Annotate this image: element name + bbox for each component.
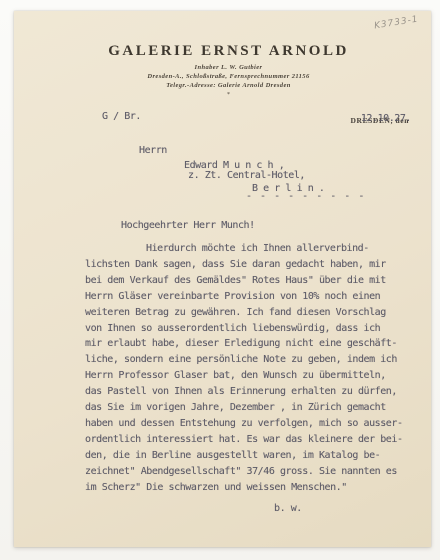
body-line: ordentlich interessiert hat. Es war das … bbox=[85, 432, 425, 448]
body-line: Herrn Professor Glaser bat, den Wunsch z… bbox=[85, 368, 425, 384]
letterhead-telegram: Telegr.-Adresse: Galerie Arnold Dresden bbox=[26, 82, 431, 89]
letterhead: GALERIE ERNST ARNOLD Inhaber L. W. Gutbi… bbox=[26, 43, 431, 98]
closing-mark: b. w. bbox=[274, 503, 302, 514]
body-line: von Ihnen so ausserordentlich liebenswür… bbox=[85, 321, 425, 337]
letterhead-owner: Inhaber L. W. Gutbier bbox=[26, 64, 431, 71]
body-line: Hierdurch möchte ich Ihnen allerverbind- bbox=[85, 241, 425, 257]
body-line: den, die in Berline ausgestellt waren, i… bbox=[85, 448, 425, 464]
body-line: zeichnet" Abendgesellschaft" 37/46 gross… bbox=[85, 464, 425, 480]
body-line: weiteren Betrag zu gewähren. Ich fand di… bbox=[85, 305, 425, 321]
body-line: liche, sondern eine persönliche Note zu … bbox=[85, 352, 425, 368]
letter-body: Hierdurch möchte ich Ihnen allerverbind-… bbox=[85, 241, 425, 496]
body-line: mir erlaubt habe, dieser Erledigung nich… bbox=[85, 336, 425, 352]
recipient-herrn: Herrn bbox=[139, 145, 167, 156]
body-line: im Scherz" Die schwarzen und weissen Men… bbox=[85, 480, 425, 496]
letter-paper: K3733-1 GALERIE ERNST ARNOLD Inhaber L. … bbox=[14, 11, 431, 547]
salutation: Hochgeehrter Herr Munch! bbox=[121, 220, 255, 231]
body-line: bei dem Verkauf des Gemäldes" Rotes Haus… bbox=[85, 273, 425, 289]
body-line: das Pastell von Ihnen als Erinnerung erh… bbox=[85, 384, 425, 400]
pencil-annotation: K3733-1 bbox=[374, 15, 420, 32]
dateline: DRESDEN, den 12.10.27. bbox=[351, 110, 409, 128]
letterhead-address: Dresden-A., Schloßstraße, Fernsprechnumm… bbox=[26, 73, 431, 80]
body-line: haben und dessen Entstehung zu verfolgen… bbox=[85, 416, 425, 432]
body-line: lichsten Dank sagen, dass Sie daran geda… bbox=[85, 257, 425, 273]
dateline-typed-date: 12.10.27. bbox=[361, 113, 411, 124]
reference-initials: G / Br. bbox=[102, 111, 141, 122]
letterhead-title: GALERIE ERNST ARNOLD bbox=[26, 43, 431, 60]
body-line: das Sie im vorigen Jahre, Dezember , in … bbox=[85, 400, 425, 416]
body-line: Herrn Gläser vereinbarte Provision von 1… bbox=[85, 289, 425, 305]
recipient-hotel: z. Zt. Central-Hotel, bbox=[188, 170, 305, 181]
recipient-city-underline: - - - - - - - - - bbox=[246, 191, 365, 202]
letterhead-ornament: * bbox=[26, 92, 431, 98]
